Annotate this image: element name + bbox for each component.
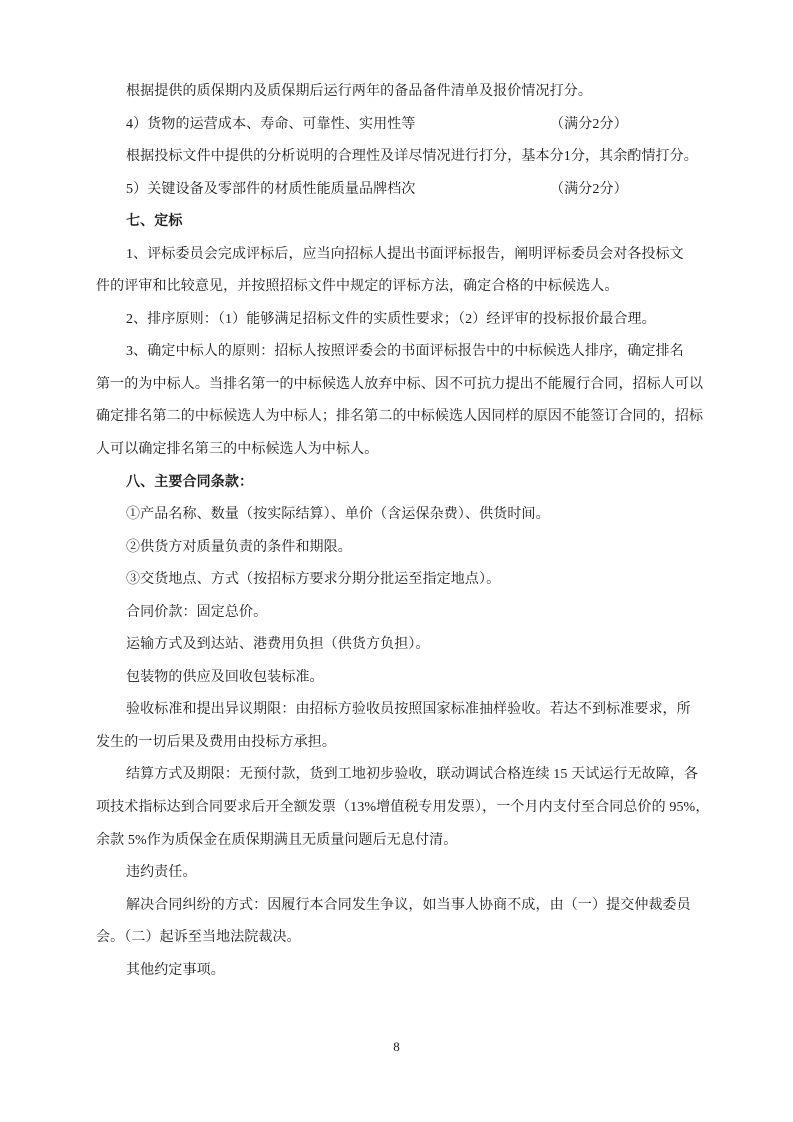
text-run: 1、评标委员会完成评标后，应当向招标人提出书面评标报告，阐明评标委员会对各投标文: [126, 247, 684, 262]
text-line: 会。（二）起诉至当地法院裁决。: [96, 922, 708, 955]
document-content: 根据提供的质保期内及质保期后运行两年的备品备件清单及报价情况打分。4）货物的运营…: [96, 76, 708, 987]
text-run: ②供货方对质量负责的条件和期限。: [126, 540, 352, 555]
text-line: ①产品名称、数量（按实际结算）、单价（含运保杂费）、供货时间。: [96, 499, 708, 532]
text-run: 2、排序原则：（1）能够满足招标文件的实质性要求；（2）经评审的投标报价最合理。: [126, 312, 656, 327]
text-line: 4）货物的运营成本、寿命、可靠性、实用性等（满分2分）: [96, 109, 708, 142]
text-line: 余款 5%作为质保金在质保期满且无质量问题后无息付清。: [96, 825, 708, 858]
text-run: 根据提供的质保期内及质保期后运行两年的备品备件清单及报价情况打分。: [126, 84, 592, 99]
text-line: 确定排名第二的中标候选人为中标人；排名第二的中标候选人因同样的原因不能签订合同的…: [96, 401, 708, 434]
section-heading: 七、定标: [96, 206, 708, 239]
text-line: 合同价款：固定总价。: [96, 597, 708, 630]
text-run: 4）货物的运营成本、寿命、可靠性、实用性等: [126, 117, 416, 132]
text-run: 其他约定事项。: [126, 963, 225, 978]
text-line: ③交货地点、方式（按招标方要求分期分批运至指定地点）。: [96, 564, 708, 597]
text-run: 运输方式及到达站、港费用负担（供货方负担）。: [126, 637, 430, 652]
text-run: ③交货地点、方式（按招标方要求分期分批运至指定地点）。: [126, 572, 500, 587]
text-run: 解决合同纠纷的方式：因履行本合同发生争议，如当事人协商不成，由（一）提交仲裁委员: [126, 898, 691, 913]
text-line: 包装物的供应及回收包装标准。: [96, 662, 708, 695]
text-line: 根据投标文件中提供的分析说明的合理性及详尽情况进行打分，基本分1分，其余酌情打分…: [96, 141, 708, 174]
text-line: 5）关键设备及零部件的材质性能质量品牌档次（满分2分）: [96, 174, 708, 207]
text-line: 根据提供的质保期内及质保期后运行两年的备品备件清单及报价情况打分。: [96, 76, 708, 109]
text-line: 运输方式及到达站、港费用负担（供货方负担）。: [96, 629, 708, 662]
text-run: 3、确定中标人的原则：招标人按照评委会的书面评标报告中的中标候选人排序，确定排名: [126, 344, 684, 359]
text-line: 解决合同纠纷的方式：因履行本合同发生争议，如当事人协商不成，由（一）提交仲裁委员: [96, 890, 708, 923]
text-run: 包装物的供应及回收包装标准。: [126, 670, 324, 685]
text-line: ②供货方对质量负责的条件和期限。: [96, 532, 708, 565]
text-run: 项技术指标达到合同要求后开全额发票（13%增值税专用发票），一个月内支付至合同总…: [96, 800, 709, 815]
page-number: 8: [0, 1037, 793, 1057]
text-line: 第一的为中标人。当排名第一的中标候选人放弃中标、因不可抗力提出不能履行合同，招标…: [96, 369, 708, 402]
max-score-label: （满分2分）: [550, 174, 628, 207]
text-run: 结算方式及期限：无预付款，货到工地初步验收，联动调试合格连续 15 天试运行无故…: [126, 767, 698, 782]
document-page: 根据提供的质保期内及质保期后运行两年的备品备件清单及报价情况打分。4）货物的运营…: [0, 0, 793, 1122]
text-run: 第一的为中标人。当排名第一的中标候选人放弃中标、因不可抗力提出不能履行合同，招标…: [96, 377, 703, 392]
text-line: 结算方式及期限：无预付款，货到工地初步验收，联动调试合格连续 15 天试运行无故…: [96, 759, 708, 792]
text-run: 余款 5%作为质保金在质保期满且无质量问题后无息付清。: [96, 833, 457, 848]
text-run: 确定排名第二的中标候选人为中标人；排名第二的中标候选人因同样的原因不能签订合同的…: [96, 409, 703, 424]
text-line: 3、确定中标人的原则：招标人按照评委会的书面评标报告中的中标候选人排序，确定排名: [96, 336, 708, 369]
text-line: 2、排序原则：（1）能够满足招标文件的实质性要求；（2）经评审的投标报价最合理。: [96, 304, 708, 337]
text-run: 七、定标: [126, 214, 182, 229]
text-line: 人可以确定排名第三的中标候选人为中标人。: [96, 434, 708, 467]
text-run: 根据投标文件中提供的分析说明的合理性及详尽情况进行打分，基本分1分，其余酌情打分…: [126, 149, 698, 164]
text-run: 5）关键设备及零部件的材质性能质量品牌档次: [126, 182, 416, 197]
text-run: 八、主要合同条款：: [126, 475, 253, 490]
text-run: 验收标准和提出异议期限：由招标方验收员按照国家标准抽样验收。若达不到标准要求，所: [126, 702, 691, 717]
text-line: 其他约定事项。: [96, 955, 708, 988]
text-run: 合同价款：固定总价。: [126, 605, 267, 620]
text-line: 验收标准和提出异议期限：由招标方验收员按照国家标准抽样验收。若达不到标准要求，所: [96, 694, 708, 727]
max-score-label: （满分2分）: [550, 109, 628, 142]
text-line: 违约责任。: [96, 857, 708, 890]
text-line: 件的评审和比较意见，并按照招标文件中规定的评标方法，确定合格的中标候选人。: [96, 271, 708, 304]
text-run: 会。（二）起诉至当地法院裁决。: [96, 930, 301, 945]
text-run: 发生的一切后果及费用由投标方承担。: [96, 735, 336, 750]
section-heading: 八、主要合同条款：: [96, 467, 708, 500]
text-line: 项技术指标达到合同要求后开全额发票（13%增值税专用发票），一个月内支付至合同总…: [96, 792, 708, 825]
text-run: 件的评审和比较意见，并按照招标文件中规定的评标方法，确定合格的中标候选人。: [96, 279, 618, 294]
text-run: ①产品名称、数量（按实际结算）、单价（含运保杂费）、供货时间。: [126, 507, 550, 522]
text-line: 1、评标委员会完成评标后，应当向招标人提出书面评标报告，阐明评标委员会对各投标文: [96, 239, 708, 272]
text-run: 违约责任。: [126, 865, 197, 880]
text-line: 发生的一切后果及费用由投标方承担。: [96, 727, 708, 760]
text-run: 人可以确定排名第三的中标候选人为中标人。: [96, 442, 378, 457]
